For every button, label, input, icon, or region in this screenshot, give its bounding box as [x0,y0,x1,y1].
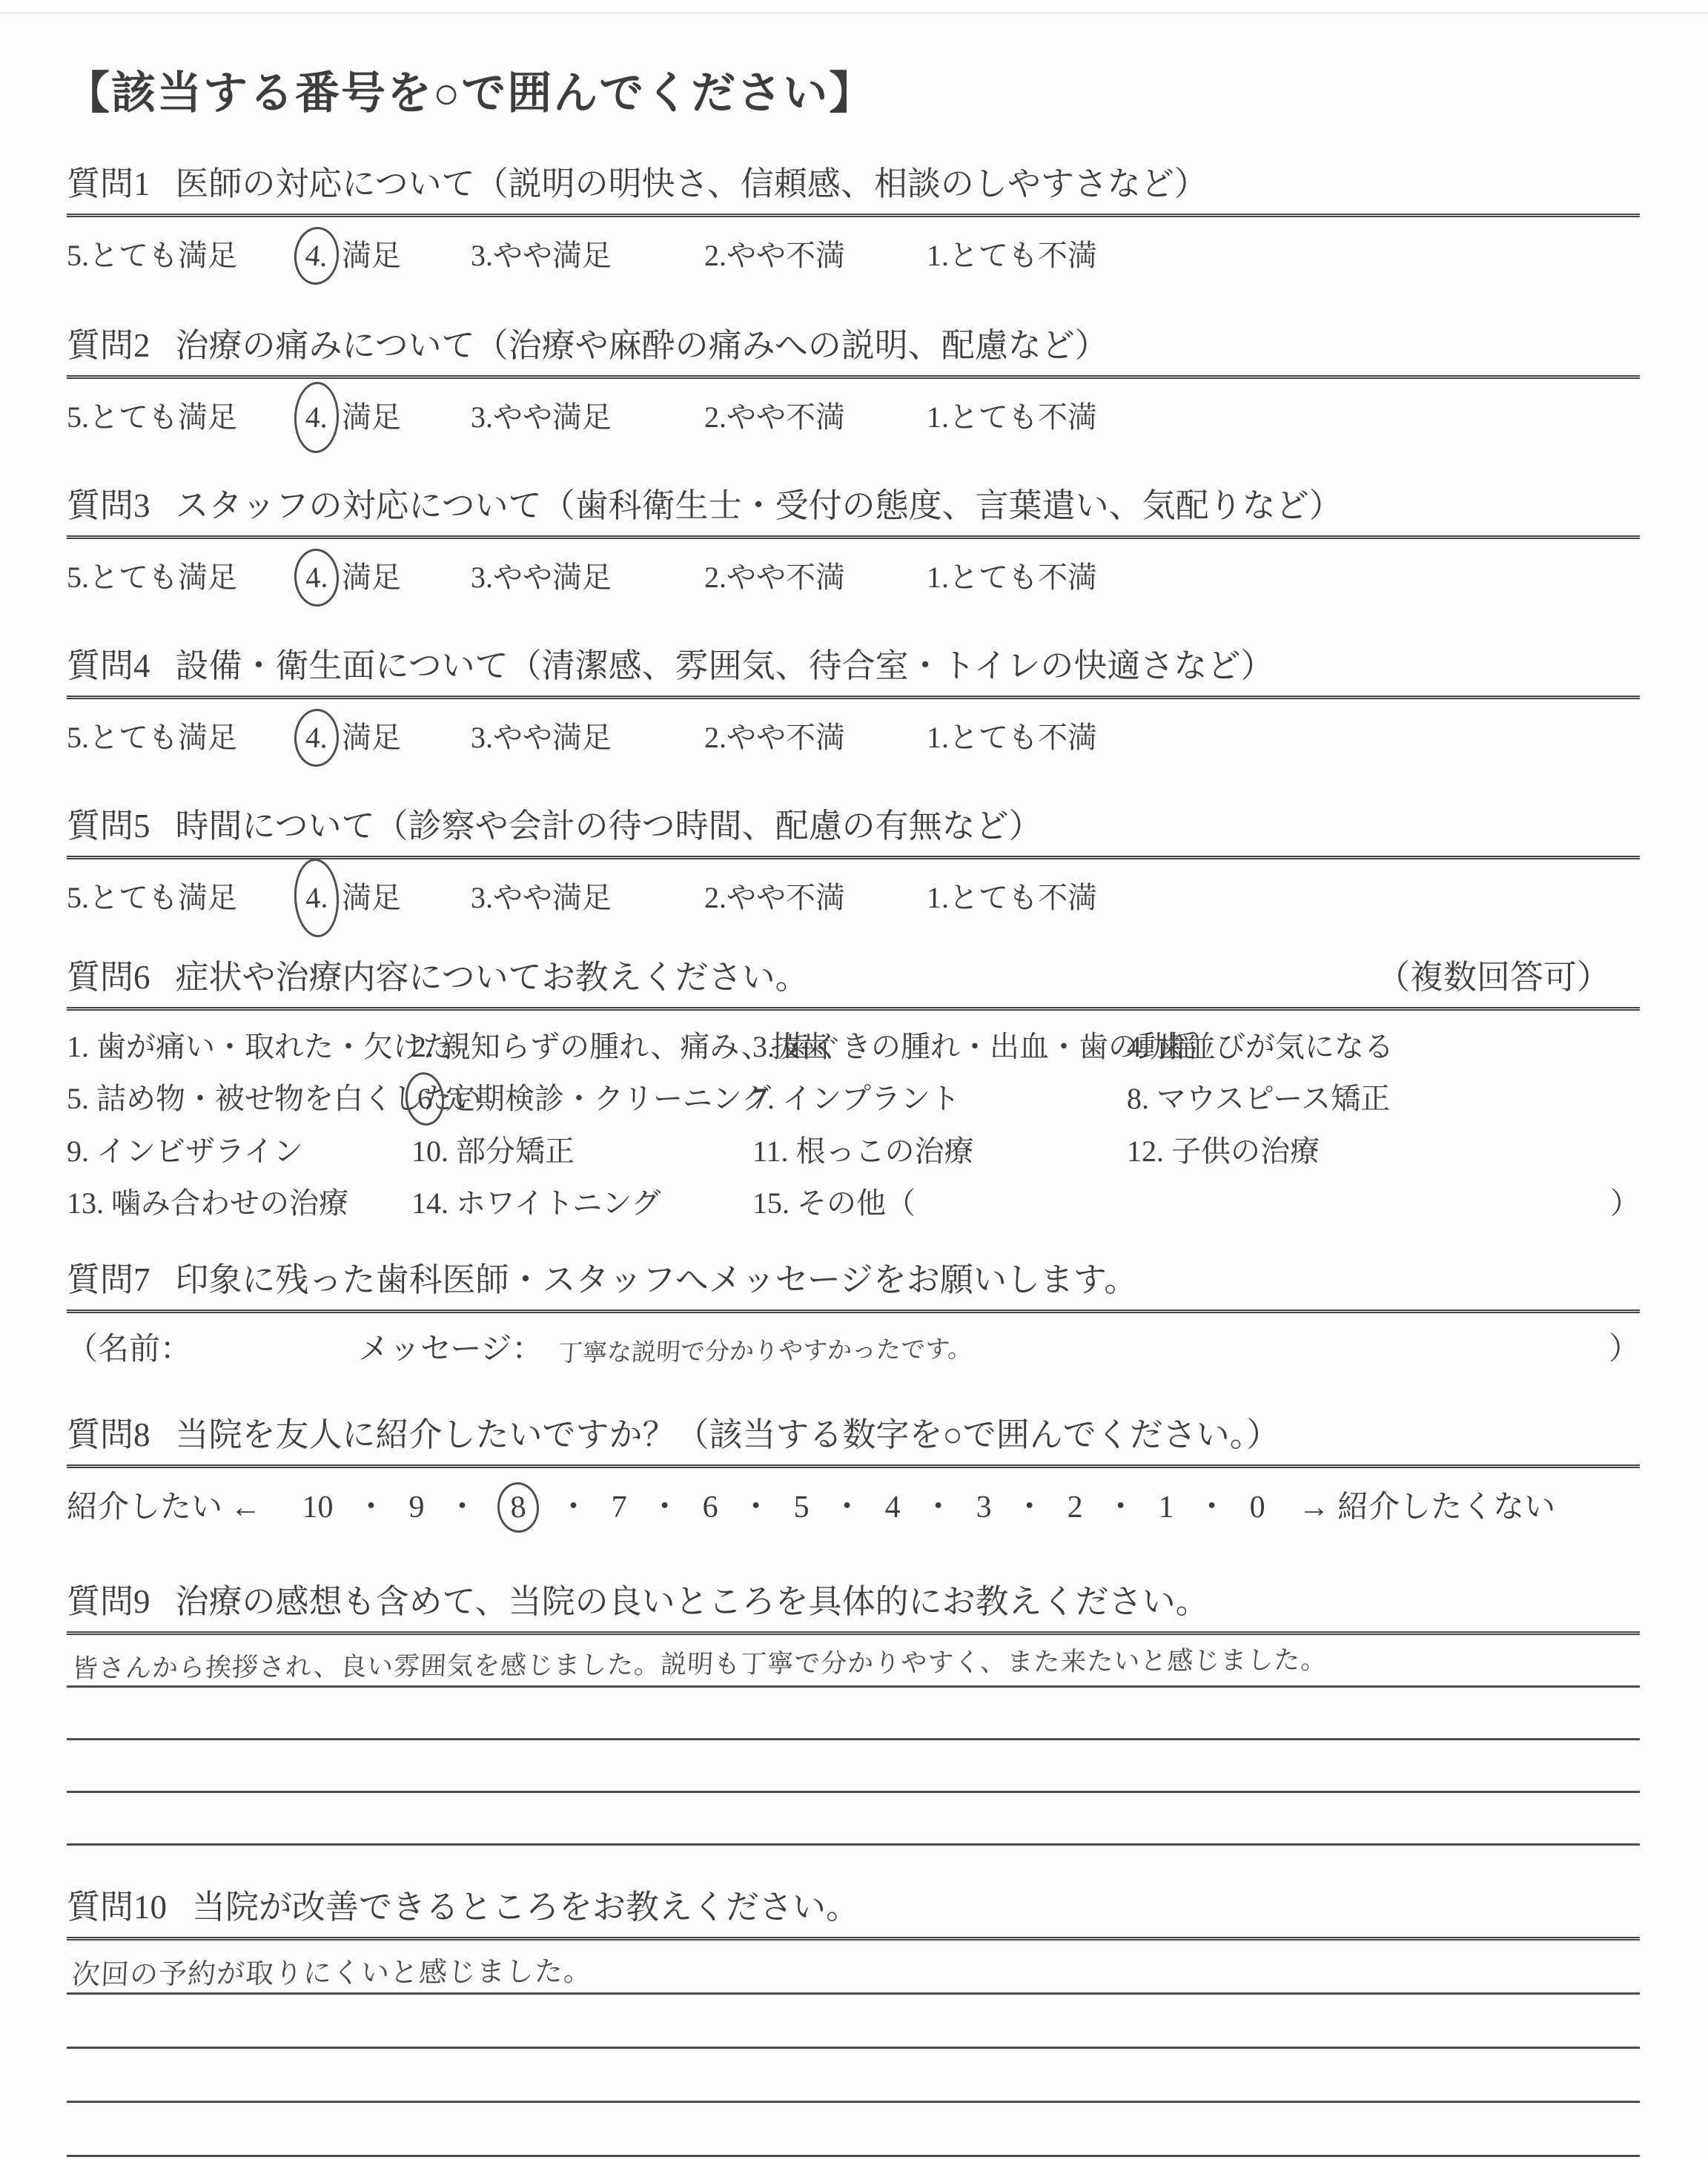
nps-3: 3 [976,1487,992,1527]
question-10: 質問10 当院が改善できるところをお教えください。 次回の予約が取りにくいと感じ… [67,1885,1640,2157]
handdrawn-circle: 4. [293,547,340,607]
symptom-option-4: 4. 歯並びが気になる [1127,1030,1640,1064]
question-5-options: 5.とても満足 4.満足 3.やや満足 2.やや不満 1.とても不満 [67,879,1640,928]
dot-separator: ・ [649,1487,681,1527]
divider-rule [67,214,1640,217]
symptom-option-5: 5. 詰め物・被せ物を白くしたい [67,1082,411,1117]
divider-rule [67,535,1640,539]
divider-rule [67,696,1640,699]
option-somewhat-dissatisfied: 2.やや不満 [704,719,927,758]
option-very-dissatisfied: 1.とても不満 [927,719,1097,758]
question-3-title: スタッフの対応について（歯科衛生士・受付の態度、言葉遣い、気配りなど） [176,483,1343,528]
question-8-number: 質問8 [67,1413,150,1457]
question-6-options-grid: 1. 歯が痛い・取れた・欠けた 2. 親知らずの腫れ、痛み、抜歯 3. 歯ぐきの… [67,1030,1640,1221]
handdrawn-circle: 8 [495,1481,540,1534]
survey-sheet: 【該当する番号を○で囲んでください】 質問1 医師の対応について（説明の明快さ、… [0,0,1708,2160]
option-somewhat-dissatisfied: 2.やや不満 [704,398,927,444]
option-somewhat-satisfied: 3.やや満足 [471,558,704,598]
question-1: 質問1 医師の対応について（説明の明快さ、信頼感、相談のしやすさなど） 5.とて… [67,162,1640,276]
question-8-header: 質問8 当院を友人に紹介したいですか？（該当する数字を○で囲んでください。） [67,1413,1640,1457]
dot-separator: ・ [741,1487,772,1527]
question-9: 質問9 治療の感想も含めて、当院の良いところを具体的にお教えください。 皆さんか… [67,1579,1640,1846]
question-1-options: 5.とても満足 4.満足 3.やや満足 2.やや不満 1.とても不満 [67,237,1640,276]
question-4-title: 設備・衛生面について（清潔感、雰囲気、待合室・トイレの快適さなど） [176,644,1274,688]
answer-close-paren: ） [1609,1330,1640,1370]
dot-separator: ・ [1014,1487,1045,1527]
question-9-number: 質問9 [67,1579,150,1624]
option-somewhat-dissatisfied: 2.やや不満 [704,879,927,928]
question-4-header: 質問4 設備・衛生面について（清潔感、雰囲気、待合室・トイレの快適さなど） [67,644,1640,688]
divider-rule [67,1309,1640,1313]
other-close-paren: ） [1127,1186,1640,1221]
question-2-number: 質問2 [67,323,150,368]
divider-rule [67,375,1640,379]
option-very-satisfied: 5.とても満足 [67,237,300,276]
handdrawn-circle: 4. [292,858,340,939]
question-4: 質問4 設備・衛生面について（清潔感、雰囲気、待合室・トイレの快適さなど） 5.… [67,644,1640,758]
question-5-header: 質問5 時間について（診察や会計の待つ時間、配慮の有無など） [67,804,1640,848]
symptom-option-2: 2. 親知らずの腫れ、痛み、抜歯 [411,1030,752,1064]
handdrawn-circle: 4. [292,225,342,287]
question-4-options: 5.とても満足 4.満足 3.やや満足 2.やや不満 1.とても不満 [67,719,1640,758]
option-somewhat-dissatisfied: 2.やや不満 [704,558,927,598]
dot-separator: ・ [832,1487,863,1527]
symptom-option-3: 3. 歯ぐきの腫れ・出血・歯の動揺 [752,1030,1127,1064]
option-very-dissatisfied: 1.とても不満 [927,558,1097,598]
question-6-header: 質問6 症状や治療内容についてお教えください。 （複数回答可） [67,955,1640,1000]
answer-line-2 [67,1995,1640,2049]
symptom-option-13: 13. 噛み合わせの治療 [67,1186,411,1221]
question-2-header: 質問2 治療の痛みについて（治療や麻酔の痛みへの説明、配慮など） [67,323,1640,368]
option-very-dissatisfied: 1.とても不満 [927,398,1097,444]
answer-line-1: 次回の予約が取りにくいと感じました。 [67,1941,1640,1995]
divider-rule [67,856,1640,859]
dot-separator: ・ [923,1487,954,1527]
option-very-satisfied: 5.とても満足 [67,398,300,444]
question-2-options: 5.とても満足 4.満足 3.やや満足 2.やや不満 1.とても不満 [67,398,1640,444]
handdrawn-circle: 4. [293,381,340,454]
nps-1: 1 [1159,1487,1174,1527]
answer-line-1: 皆さんから挨拶され、良い雰囲気を感じました。説明も丁寧で分かりやすく、また来たい… [67,1635,1640,1688]
nps-2: 2 [1067,1487,1083,1527]
question-10-title: 当院が改善できるところをお教えください。 [192,1885,859,1929]
question-9-handwritten-answer: 皆さんから挨拶され、良い雰囲気を感じました。説明も丁寧で分かりやすく、また来たい… [71,1639,1328,1685]
symptom-option-6-selected: 6定期検診・クリーニング [411,1082,752,1117]
dot-separator: ・ [1105,1487,1136,1527]
question-1-number: 質問1 [67,162,150,206]
question-10-handwritten-answer: 次回の予約が取りにくいと感じました。 [71,1948,593,1992]
symptom-option-11: 11. 根っこの治療 [752,1135,1127,1169]
question-1-title: 医師の対応について（説明の明快さ、信頼感、相談のしやすさなど） [176,162,1208,206]
option-very-satisfied: 5.とても満足 [67,719,300,758]
question-3: 質問3 スタッフの対応について（歯科衛生士・受付の態度、言葉遣い、気配りなど） … [67,483,1640,598]
question-6-number: 質問6 [67,955,150,1000]
symptom-option-12: 12. 子供の治療 [1127,1135,1640,1169]
nps-scale: 10・ 9・ 8・ 7・ 6・ 5・ 4・ 3・ 2・ 1・ 0 [302,1487,1265,1527]
option-satisfied-selected: 4.満足 [300,719,471,758]
divider-rule [67,1007,1640,1011]
handdrawn-circle: 6 [403,1070,446,1127]
question-8-title: 当院を友人に紹介したいですか？（該当する数字を○で囲んでください。） [176,1413,1280,1457]
option-somewhat-satisfied: 3.やや満足 [471,879,704,928]
question-5-title: 時間について（診察や会計の待つ時間、配慮の有無など） [176,804,1042,848]
symptom-option-9: 9. インビザライン [67,1135,411,1169]
question-9-title: 治療の感想も含めて、当院の良いところを具体的にお教えください。 [176,1579,1209,1624]
question-3-header: 質問3 スタッフの対応について（歯科衛生士・受付の態度、言葉遣い、気配りなど） [67,483,1640,528]
question-3-number: 質問3 [67,483,150,528]
name-field-label: （名前： [67,1330,191,1370]
option-satisfied-selected: 4.満足 [300,879,471,928]
question-7-header: 質問7 印象に残った歯科医師・スタッフへメッセージをお願いします。 [67,1258,1640,1302]
option-very-dissatisfied: 1.とても不満 [927,237,1097,276]
dot-separator: ・ [447,1487,478,1527]
page-title: 【該当する番号を○で囲んでください】 [65,58,875,122]
option-somewhat-satisfied: 3.やや満足 [471,237,704,276]
option-satisfied-selected: 4.満足 [300,398,471,444]
nps-8-selected: 8 [509,1487,527,1527]
option-somewhat-dissatisfied: 2.やや不満 [704,237,927,276]
question-5: 質問5 時間について（診察や会計の待つ時間、配慮の有無など） 5.とても満足 4… [67,804,1640,928]
nps-9: 9 [409,1487,425,1527]
message-handwritten-value: 丁寧な説明で分かりやすかったです。 [557,1329,973,1373]
question-10-header: 質問10 当院が改善できるところをお教えください。 [67,1885,1640,1929]
nps-6: 6 [703,1487,718,1527]
question-4-number: 質問4 [67,644,150,688]
question-7: 質問7 印象に残った歯科医師・スタッフへメッセージをお願いします。 （名前： メ… [67,1258,1640,1371]
question-9-header: 質問9 治療の感想も含めて、当院の良いところを具体的にお教えください。 [67,1579,1640,1624]
question-2: 質問2 治療の痛みについて（治療や麻酔の痛みへの説明、配慮など） 5.とても満足… [67,323,1640,444]
multiple-answers-note: （複数回答可） [1377,955,1610,1000]
question-10-number: 質問10 [67,1885,167,1929]
symptom-option-1: 1. 歯が痛い・取れた・欠けた [67,1030,411,1064]
handdrawn-circle: 4. [294,708,340,767]
symptom-option-8: 8. マウスピース矯正 [1127,1082,1640,1117]
nps-0: 0 [1250,1487,1265,1527]
dot-separator: ・ [1196,1487,1228,1527]
dot-separator: ・ [356,1487,387,1527]
question-8: 質問8 当院を友人に紹介したいですか？（該当する数字を○で囲んでください。） 紹… [67,1413,1640,1527]
question-5-number: 質問5 [67,804,150,848]
option-satisfied-selected: 4.満足 [300,237,471,276]
question-6: 質問6 症状や治療内容についてお教えください。 （複数回答可） 1. 歯が痛い・… [67,955,1640,1221]
symptom-option-14: 14. ホワイトニング [411,1186,752,1221]
question-7-number: 質問7 [67,1258,150,1302]
answer-line-4 [67,2103,1640,2157]
divider-rule [67,1464,1640,1468]
question-3-options: 5.とても満足 4.満足 3.やや満足 2.やや不満 1.とても不満 [67,558,1640,598]
option-very-satisfied: 5.とても満足 [67,558,300,598]
option-somewhat-satisfied: 3.やや満足 [471,398,704,444]
symptom-option-10: 10. 部分矯正 [411,1135,752,1169]
nps-right-label: → 紹介したくない [1299,1487,1556,1527]
nps-4: 4 [885,1487,901,1527]
nps-10: 10 [302,1487,334,1527]
question-2-title: 治療の痛みについて（治療や麻酔の痛みへの説明、配慮など） [176,323,1108,368]
question-6-title: 症状や治療内容についてお教えください。 [176,955,809,1000]
question-1-header: 質問1 医師の対応について（説明の明快さ、信頼感、相談のしやすさなど） [67,162,1640,206]
option-somewhat-satisfied: 3.やや満足 [471,719,704,758]
answer-line-3 [67,2049,1640,2103]
symptom-option-7: 7. インプラント [752,1082,1127,1117]
nps-7: 7 [612,1487,627,1527]
option-very-satisfied: 5.とても満足 [67,879,300,928]
nps-5: 5 [794,1487,810,1527]
scan-edge-line [0,12,1708,14]
dot-separator: ・ [558,1487,589,1527]
nps-scale-row: 紹介したい ← 10・ 9・ 8・ 7・ 6・ 5・ 4・ 3・ 2・ 1・ 0… [67,1487,1640,1527]
symptom-option-15-other: 15. その他（ [752,1186,1127,1221]
message-field-label: メッセージ： [358,1330,543,1370]
answer-line-4 [67,1793,1640,1846]
answer-line-3 [67,1740,1640,1793]
nps-left-label: 紹介したい ← [67,1487,262,1527]
question-7-title: 印象に残った歯科医師・スタッフへメッセージをお願いします。 [176,1258,1138,1302]
option-satisfied-selected: 4.満足 [300,558,471,598]
answer-line-2 [67,1688,1640,1740]
option-very-dissatisfied: 1.とても不満 [927,879,1097,928]
question-7-answer-row: （名前： メッセージ： 丁寧な説明で分かりやすかったです。 ） [67,1330,1640,1371]
